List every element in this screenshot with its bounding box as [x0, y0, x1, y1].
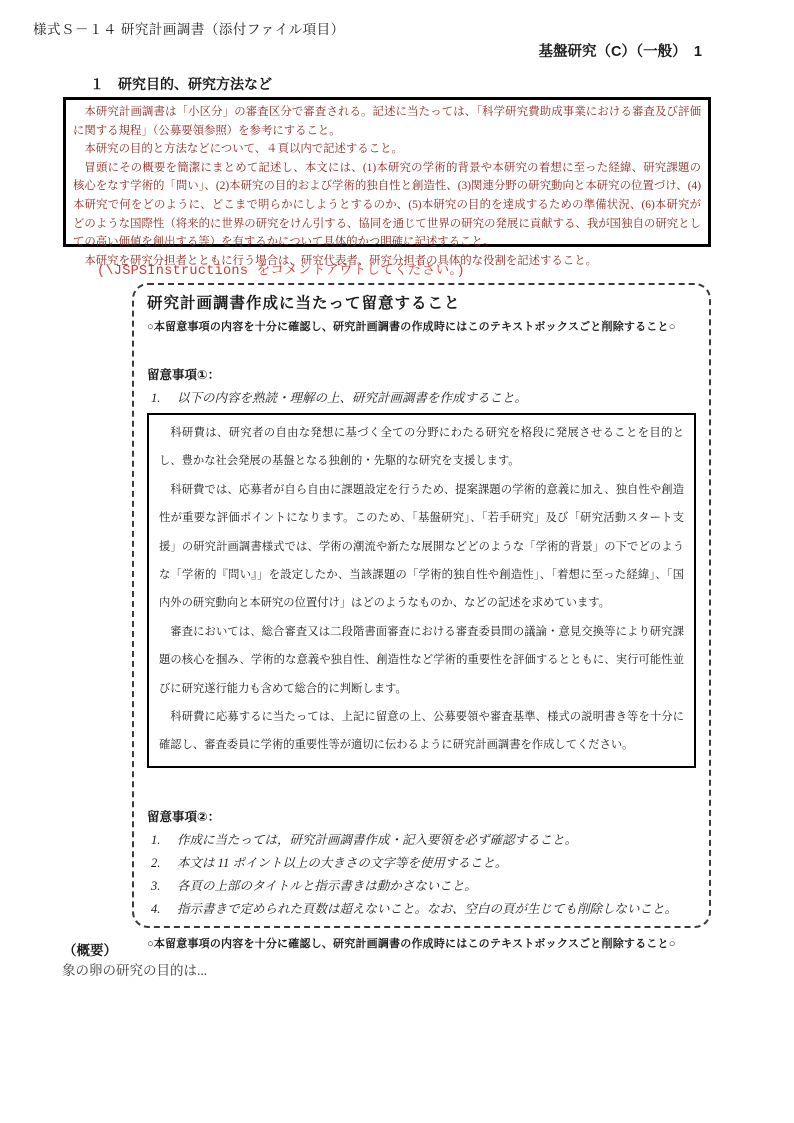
summary-label: （概要） [63, 939, 117, 959]
quote-paragraph: 科研費は、研究者の自由な発想に基づく全ての分野にわたる研究を格段に発展させること… [159, 419, 684, 476]
attention-section2-item: 3.各頁の上部のタイトルと指示書きは動かさないこと。 [147, 878, 696, 894]
list-item-number: 1. [151, 832, 177, 848]
kakenhi-description-box: 科研費は、研究者の自由な発想に基づく全ての分野にわたる研究を格段に発展させること… [147, 413, 696, 768]
quote-paragraph: 科研費では、応募者が自ら自由に課題設定を行うため、提案課題の学術的意義に加え、独… [159, 476, 684, 618]
form-label: 様式Ｓ－１４ 研究計画調書（添付ファイル項目） [33, 18, 345, 38]
quote-paragraph: 審査においては、総合審査又は二段階書面審査における審査委員間の議論・意見交換等に… [159, 618, 684, 703]
list-item-number: 2. [151, 855, 177, 871]
attention-bottom-notice: ○本留意事項の内容を十分に確認し、研究計画調書の作成時にはこのテキストボックスご… [147, 935, 696, 951]
list-item-number: 1. [151, 390, 177, 406]
attention-section2-item: 1.作成に当たっては，研究計画調書作成・記入要領を必ず確認すること。 [147, 832, 696, 848]
list-item-text: 作成に当たっては，研究計画調書作成・記入要領を必ず確認すること。 [177, 833, 577, 847]
list-item-text: 指示書きで定められた頁数は超えないこと。なお、空白の頁が生じても削除しないこと。 [177, 902, 677, 916]
list-item-text: 各頁の上部のタイトルと指示書きは動かさないこと。 [177, 879, 477, 893]
review-notice-paragraph: 冒頭にその概要を簡潔にまとめて記述し、本文には、(1)本研究の学術的背景や本研究… [73, 159, 701, 252]
review-instruction-box: 本研究計画調書は「小区分」の審査区分で審査される。記述に当たっては、「科学研究費… [63, 97, 711, 247]
attention-section2-heading: 留意事項②： [147, 807, 696, 825]
attention-top-notice: ○本留意事項の内容を十分に確認し、研究計画調書の作成時にはこのテキストボックスご… [147, 318, 696, 334]
list-item-number: 3. [151, 878, 177, 894]
list-item-text: 以下の内容を熟読・理解の上、研究計画調書を作成すること。 [177, 391, 527, 405]
summary-body-text: 象の卵の研究の目的は... [62, 959, 207, 979]
quote-paragraph: 科研費に応募するに当たっては、上記に留意の上、公募要領や審査基準、様式の説明書き… [159, 703, 684, 760]
latex-comment-instruction: (\JSPSInstructions をコメントアウトしてください。) [97, 258, 465, 279]
attention-box-title: 研究計画調書作成に当たって留意すること [147, 291, 696, 313]
review-notice-paragraph: 本研究計画調書は「小区分」の審査区分で審査される。記述に当たっては、「科学研究費… [73, 103, 701, 140]
list-item-number: 4. [151, 901, 177, 917]
review-notice-paragraph: 本研究の目的と方法などについて、４頁以内で記述すること。 [73, 140, 701, 159]
section-heading: １ 研究目的、研究方法など [90, 74, 272, 94]
list-item-text: 本文は 11 ポイント以上の大きさの文字等を使用すること。 [177, 856, 507, 870]
attention-section2-item: 2.本文は 11 ポイント以上の大きさの文字等を使用すること。 [147, 855, 696, 871]
attention-text-box: 研究計画調書作成に当たって留意すること ○本留意事項の内容を十分に確認し、研究計… [132, 283, 711, 928]
grant-category-label: 基盤研究（C）（一般） 1 [538, 40, 702, 61]
document-page: 様式Ｓ－１４ 研究計画調書（添付ファイル項目） 基盤研究（C）（一般） 1 １ … [0, 0, 794, 1123]
attention-section2-item: 4.指示書きで定められた頁数は超えないこと。なお、空白の頁が生じても削除しないこ… [147, 901, 696, 917]
attention-section1-heading: 留意事項①： [147, 365, 696, 383]
attention-section1-item: 1.以下の内容を熟読・理解の上、研究計画調書を作成すること。 [147, 390, 696, 406]
